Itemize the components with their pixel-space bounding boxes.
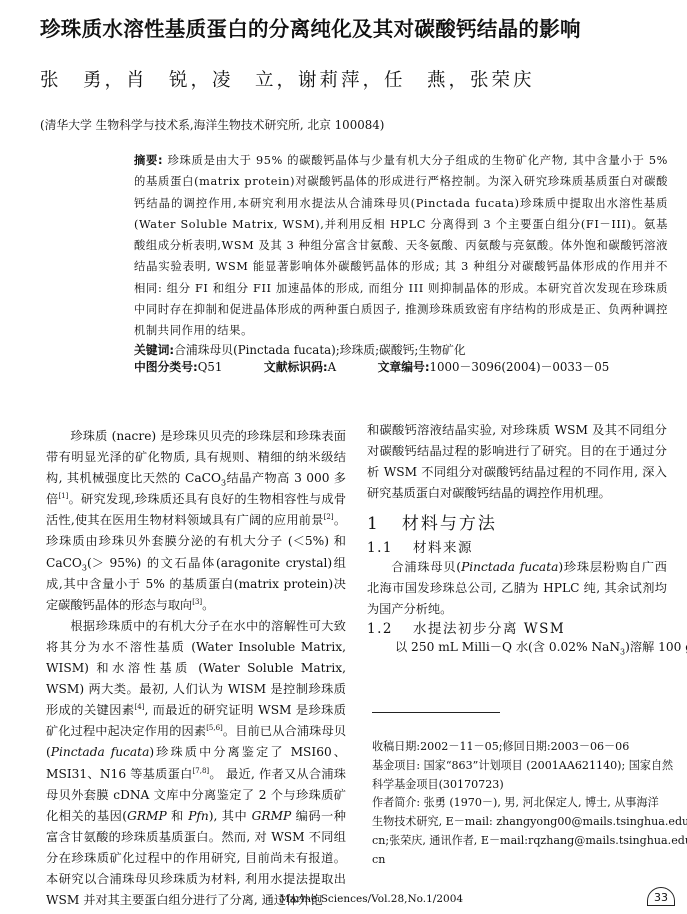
footnote-divider [372,712,500,713]
section-1-2-heading: 1.2水提法初步分离 WSM [367,617,565,637]
citation[interactable]: [2] [324,513,334,521]
abstract-text: 珍珠质是由大于 95% 的碳酸钙晶体与少量有机大分子组成的生物矿化产物, 其中含… [134,154,668,337]
article-meta: 关键词:合浦珠母贝(Pinctada fucata);珍珠质;碳酸钙;生物矿化 … [134,342,674,376]
section-1-1-heading: 1.1材料来源 [367,536,473,556]
page-number: 33 [647,887,675,906]
intro-paragraph-2: 根据珍珠质中的有机大分子在水中的溶解性可大致将其分为水不溶性基质 (Water … [46,616,346,911]
article-no-label: 文章编号: [378,360,430,374]
section-1-1-text: 合浦珠母贝(Pinctada fucata)珍珠层粉购自广西北海市国发珍珠总公司… [367,557,667,620]
classification-row: 中图分类号:Q51 文献标识码:A 文章编号:1000－3096(2004)－0… [134,359,674,376]
clc-value: Q51 [198,360,223,374]
keywords-row: 关键词:合浦珠母贝(Pinctada fucata);珍珠质;碳酸钙;生物矿化 [134,342,674,359]
footnotes: 收稿日期:2002－11－05;修回日期:2003－06－06 基金项目: 国家… [372,738,672,870]
keywords: 合浦珠母贝(Pinctada fucata);珍珠质;碳酸钙;生物矿化 [174,343,465,357]
section-1-heading: 1材料与方法 [367,509,497,534]
citation[interactable]: [3] [192,598,202,606]
section-1-2-text: 以 250 mL Milli－Q 水(含 0.02% NaN3)溶解 100 g [367,637,667,658]
paper-title: 珍珠质水溶性基质蛋白的分离纯化及其对碳酸钙结晶的影响 [40,12,660,42]
clc-label: 中图分类号: [134,360,198,374]
received-date: 收稿日期:2002－11－05;修回日期:2003－06－06 [372,738,672,757]
author-bio-line-2: 生物技术研究, E－mail: zhangyong00@mails.tsingh… [372,813,672,832]
doc-code-value: A [328,360,337,374]
abstract: 摘要: 珍珠质是由大于 95% 的碳酸钙晶体与少量有机大分子组成的生物矿化产物,… [134,150,668,342]
author-bio-line-4: cn [372,851,672,870]
funding-line-2: 科学基金项目(30170723) [372,776,672,795]
citation[interactable]: [4] [135,703,145,711]
intro-paragraph-2-continued: 和碳酸钙溶液结晶实验, 对珍珠质 WSM 及其不同组分对碳酸钙结晶过程的影响进行… [367,420,667,504]
citation[interactable]: [7,8] [193,766,210,774]
article-no-value: 1000－3096(2004)－0033－05 [430,360,610,374]
citation[interactable]: [1] [58,492,68,500]
keywords-label: 关键词: [134,343,174,357]
author-bio-line-1: 作者简介: 张勇 (1970－), 男, 河北保定人, 博士, 从事海洋 [372,794,672,813]
body-right-column: 和碳酸钙溶液结晶实验, 对珍珠质 WSM 及其不同组分对碳酸钙结晶过程的影响进行… [367,420,667,504]
citation[interactable]: [5,6] [206,724,223,732]
affiliation: (清华大学 生物科学与技术系,海洋生物技术研究所, 北京 100084) [40,116,384,133]
author-list: 张 勇，肖 锐，凌 立，谢莉萍，任 燕，张荣庆 [40,66,535,92]
abstract-label: 摘要: [134,154,163,167]
body-left-column: 珍珠质 (nacre) 是珍珠贝贝壳的珍珠层和珍珠表面带有明显光泽的矿化物质, … [46,426,346,911]
journal-footer: Marine Sciences/Vol.28,No.1/2004 [279,893,463,905]
author-bio-line-3: cn;张荣庆, 通讯作者, E－mail:rqzhang@mails.tsing… [372,832,672,851]
funding-line-1: 基金项目: 国家“863”计划项目 (2001AA621140); 国家自然 [372,757,672,776]
intro-paragraph-1: 珍珠质 (nacre) 是珍珠贝贝壳的珍珠层和珍珠表面带有明显光泽的矿化物质, … [46,426,346,616]
doc-code-label: 文献标识码: [264,360,328,374]
